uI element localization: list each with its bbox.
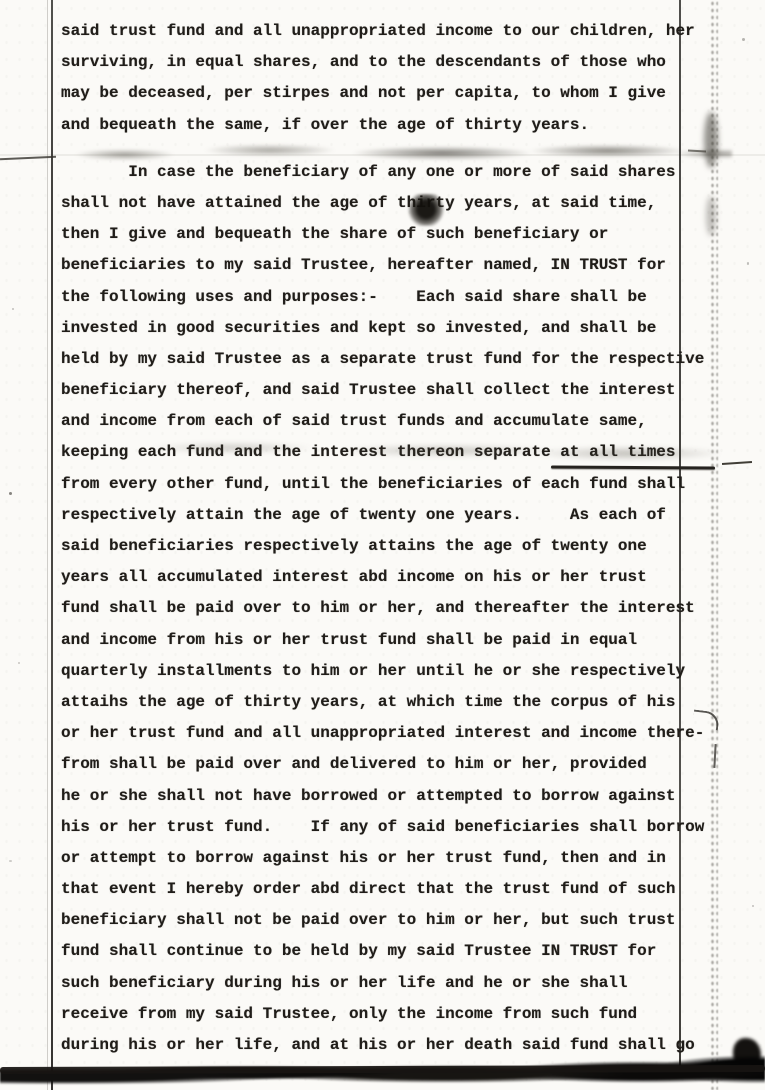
text-line: years all accumulated interest abd incom… [61, 562, 704, 593]
dust-speck [752, 905, 754, 907]
text-line: fund shall continue to be held by my sai… [61, 936, 704, 967]
left-rule-echo-line [47, 0, 48, 1090]
text-line: receive from my said Trustee, only the i… [61, 999, 704, 1030]
text-line: or attempt to borrow against his or her … [61, 843, 704, 874]
text-line: surviving, in equal shares, and to the d… [61, 47, 704, 78]
text-line: shall not have attained the age of thirt… [61, 188, 704, 219]
paragraph: said trust fund and all unappropriated i… [61, 16, 704, 141]
dust-speck [747, 262, 749, 265]
text-line: and income from each of said trust funds… [61, 406, 704, 437]
text-line: beneficiaries to my said Trustee, hereaf… [61, 250, 704, 281]
text-line: and income from his or her trust fund sh… [61, 625, 704, 656]
text-line: fund shall be paid over to him or her, a… [61, 593, 704, 624]
text-line: the following uses and purposes:- Each s… [61, 282, 704, 313]
ink-smear [110, 438, 720, 466]
text-line: may be deceased, per stirpes and not per… [61, 78, 704, 109]
text-line: from shall be paid over and delivered to… [61, 749, 704, 780]
dust-speck [12, 308, 14, 310]
text-line: attaihs the age of thirty years, at whic… [61, 687, 704, 718]
dust-speck [9, 492, 12, 495]
text-line: and bequeath the same, if over the age o… [61, 110, 704, 141]
scanned-page: said trust fund and all unappropriated i… [0, 0, 765, 1090]
dust-speck [18, 662, 20, 664]
paragraph: In case the beneficiary of any one or mo… [61, 157, 704, 1061]
text-line: that event I hereby order abd direct tha… [61, 874, 704, 905]
text-line: or her trust fund and all unappropriated… [61, 718, 704, 749]
left-rule-line [51, 0, 53, 1090]
text-line: then I give and bequeath the share of su… [61, 219, 704, 250]
text-line: invested in good securities and kept so … [61, 313, 704, 344]
text-line: respectively attain the age of twenty on… [61, 500, 704, 531]
ink-blot [408, 194, 444, 226]
document-text: said trust fund and all unappropriated i… [61, 16, 704, 1061]
text-line: his or her trust fund. If any of said be… [61, 812, 704, 843]
text-line: quarterly installments to him or her unt… [61, 656, 704, 687]
text-line: from every other fund, until the benefic… [61, 469, 704, 500]
dust-speck [9, 860, 12, 862]
dust-speck [742, 38, 745, 41]
text-line: such beneficiary during his or her life … [61, 968, 704, 999]
text-line: beneficiary shall not be paid over to hi… [61, 905, 704, 936]
dash-mark [722, 461, 752, 465]
text-line: he or she shall not have borrowed or att… [61, 781, 704, 812]
text-line: said beneficiaries respectively attains … [61, 531, 704, 562]
ink-smudge-band [42, 141, 732, 163]
scan-dust-blob [706, 196, 716, 236]
text-line: said trust fund and all unappropriated i… [61, 16, 704, 47]
text-line: held by my said Trustee as a separate tr… [61, 344, 704, 375]
text-line: beneficiary thereof, and said Trustee sh… [61, 375, 704, 406]
